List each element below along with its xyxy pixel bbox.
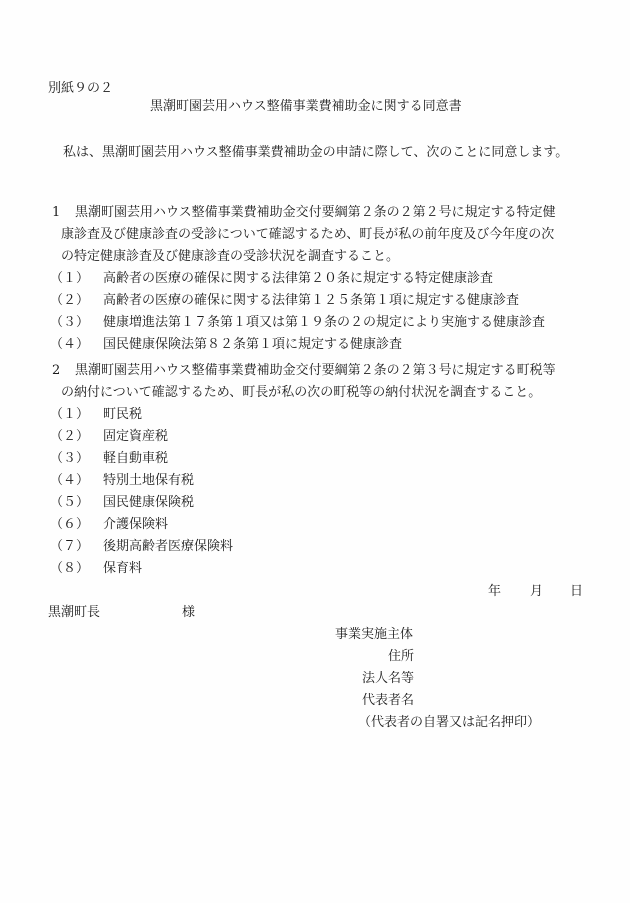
document-reference: 別紙９の２ xyxy=(48,82,113,95)
list-item: 健康増進法第１７条第１項又は第１９条の２の規定により実施する健康診査 xyxy=(103,316,545,329)
list-item: 後期高齢者医療保険料 xyxy=(103,540,233,553)
list-item: 保育料 xyxy=(103,562,142,575)
item-number: （６） xyxy=(50,518,89,531)
date-day: 日 xyxy=(570,585,583,598)
item-number: （１） xyxy=(50,272,89,285)
item-number: （２） xyxy=(50,294,89,307)
signatory-address-label: 住所 xyxy=(388,650,414,663)
signatory-entity-label: 事業実施主体 xyxy=(335,628,413,641)
item-number: （２） xyxy=(50,430,89,443)
signatory-rep-name-label: 代表者名 xyxy=(362,694,414,707)
addressee-honorific: 様 xyxy=(182,606,195,619)
section-2-line: 黒潮町園芸用ハウス整備事業費補助金交付要綱第２条の２第３号に規定する町税等 xyxy=(75,364,556,377)
document-title: 黒潮町園芸用ハウス整備事業費補助金に関する同意書 xyxy=(150,100,462,113)
item-number: （１） xyxy=(50,408,89,421)
date-year: 年 xyxy=(488,585,501,598)
item-number: （４） xyxy=(50,338,89,351)
item-number: （７） xyxy=(50,540,89,553)
section-1-number: 1 xyxy=(52,206,60,219)
item-number: （３） xyxy=(50,452,89,465)
signatory-note: （代表者の自署又は記名押印） xyxy=(358,716,540,729)
section-2-line: の納付について確認するため、町長が私の次の町税等の納付状況を調査すること。 xyxy=(61,386,541,399)
item-number: （３） xyxy=(50,316,89,329)
list-item: 軽自動車税 xyxy=(103,452,168,465)
list-item: 国民健康保険税 xyxy=(103,496,194,509)
item-number: （８） xyxy=(50,562,89,575)
date-month: 月 xyxy=(530,585,543,598)
list-item: 固定資産税 xyxy=(103,430,168,443)
list-item: 特別土地保有税 xyxy=(103,474,194,487)
item-number: （４） xyxy=(50,474,89,487)
section-2-number: 2 xyxy=(52,364,60,377)
item-number: （５） xyxy=(50,496,89,509)
signatory-corp-name-label: 法人名等 xyxy=(362,672,414,685)
section-1-line: 黒潮町園芸用ハウス整備事業費補助金交付要綱第２条の２第２号に規定する特定健 xyxy=(75,206,556,219)
list-item: 国民健康保険法第８２条第１項に規定する健康診査 xyxy=(103,338,402,351)
list-item: 介護保険料 xyxy=(103,518,168,531)
list-item: 町民税 xyxy=(103,408,142,421)
section-1-line: 康診査及び健康診査の受診について確認するため、町長が私の前年度及び今年度の次 xyxy=(61,228,554,241)
intro-statement: 私は、黒潮町園芸用ハウス整備事業費補助金の申請に際して、次のことに同意します。 xyxy=(63,146,568,159)
list-item: 高齢者の医療の確保に関する法律第２０条に規定する特定健康診査 xyxy=(103,272,493,285)
section-1-line: の特定健康診査及び健康診査の受診状況を調査すること。 xyxy=(61,250,399,263)
addressee-name: 黒潮町長 xyxy=(48,606,100,619)
list-item: 高齢者の医療の確保に関する法律第１２５条第１項に規定する健康診査 xyxy=(103,294,519,307)
